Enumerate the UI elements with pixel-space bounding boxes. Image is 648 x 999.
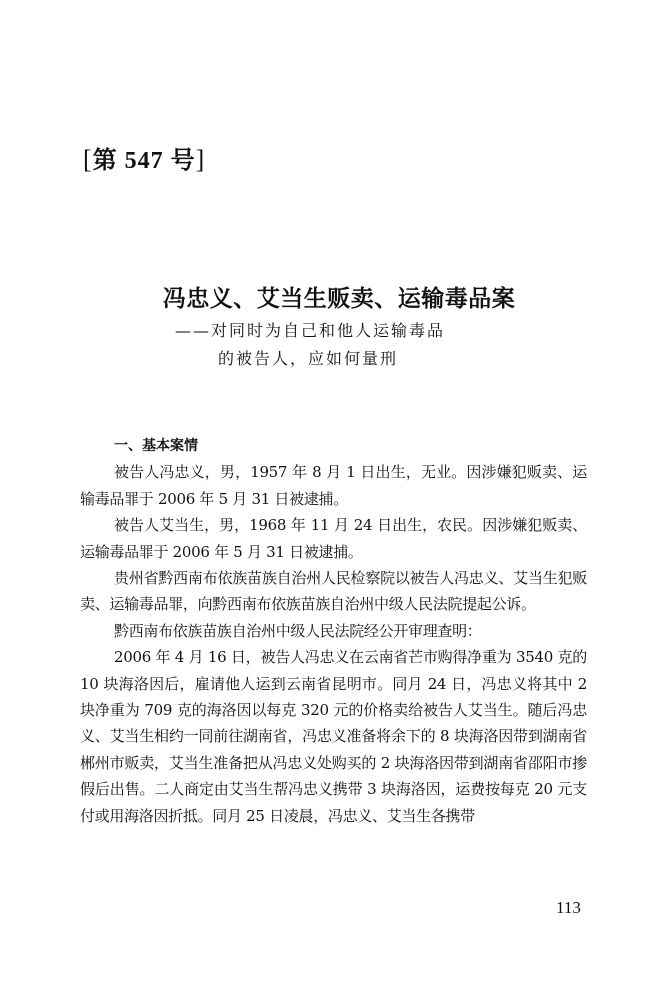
body-text: 一、基本案情 被告人冯忠义，男，1957 年 8 月 1 日出生，无业。因涉嫌犯… [80, 433, 587, 829]
paragraph: 贵州省黔西南布依族苗族自治州人民检察院以被告人冯忠义、艾当生犯贩卖、运输毒品罪，… [80, 565, 587, 618]
case-number-label: 第 547 号 [93, 148, 196, 174]
paragraph: 被告人冯忠义，男，1957 年 8 月 1 日出生，无业。因涉嫌犯贩卖、运输毒品… [80, 459, 587, 512]
page-number: 113 [556, 898, 581, 918]
paragraph: 被告人艾当生，男，1968 年 11 月 24 日出生，农民。因涉嫌犯贩卖、运输… [80, 512, 587, 565]
case-number: [第 547 号] [83, 140, 205, 175]
subtitle-line-2: 的被告人，应如何量刑 [218, 346, 398, 369]
section-heading: 一、基本案情 [80, 433, 587, 459]
paragraph: 2006 年 4 月 16 日，被告人冯忠义在云南省芒市购得净重为 3540 克… [80, 644, 587, 829]
open-bracket: [ [83, 145, 93, 174]
close-bracket: ] [196, 145, 206, 174]
case-title: 冯忠义、艾当生贩卖、运输毒品案 [0, 280, 648, 313]
subtitle-line-1: ——对同时为自己和他人运输毒品 [175, 318, 445, 341]
paragraph: 黔西南布依族苗族自治州中级人民法院经公开审理查明： [80, 618, 587, 644]
